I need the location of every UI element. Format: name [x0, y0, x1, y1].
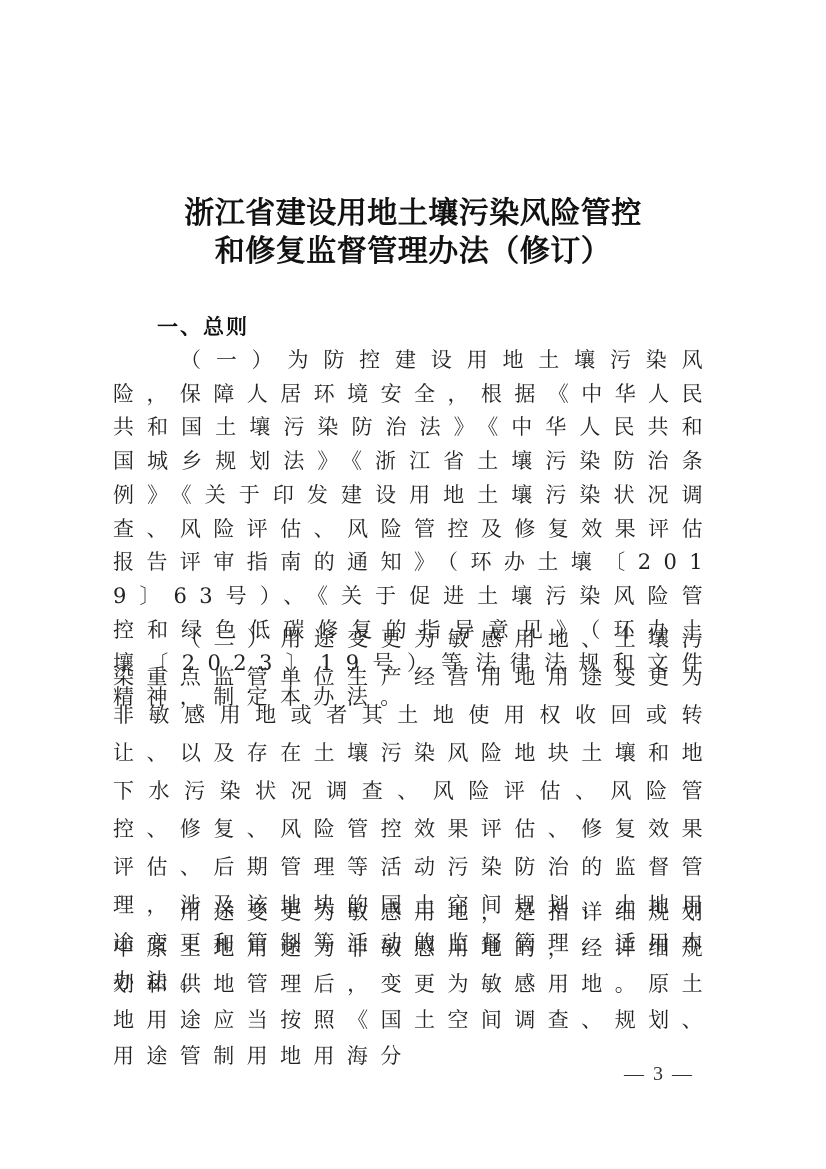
page-number: — 3 —: [624, 1063, 694, 1086]
document-page: 浙江省建设用地土壤污染风险管控 和修复监督管理办法（修订） 一、总则 （一）为防…: [0, 0, 826, 1169]
document-title-line-2: 和修复监督管理办法（修订）: [0, 226, 826, 270]
section-heading: 一、总则: [157, 311, 249, 341]
paragraph-3: 用途变更为敏感用地，是指详细规划中原土地用途为非敏感用地的，经详细规划和供地管理…: [113, 894, 715, 1074]
